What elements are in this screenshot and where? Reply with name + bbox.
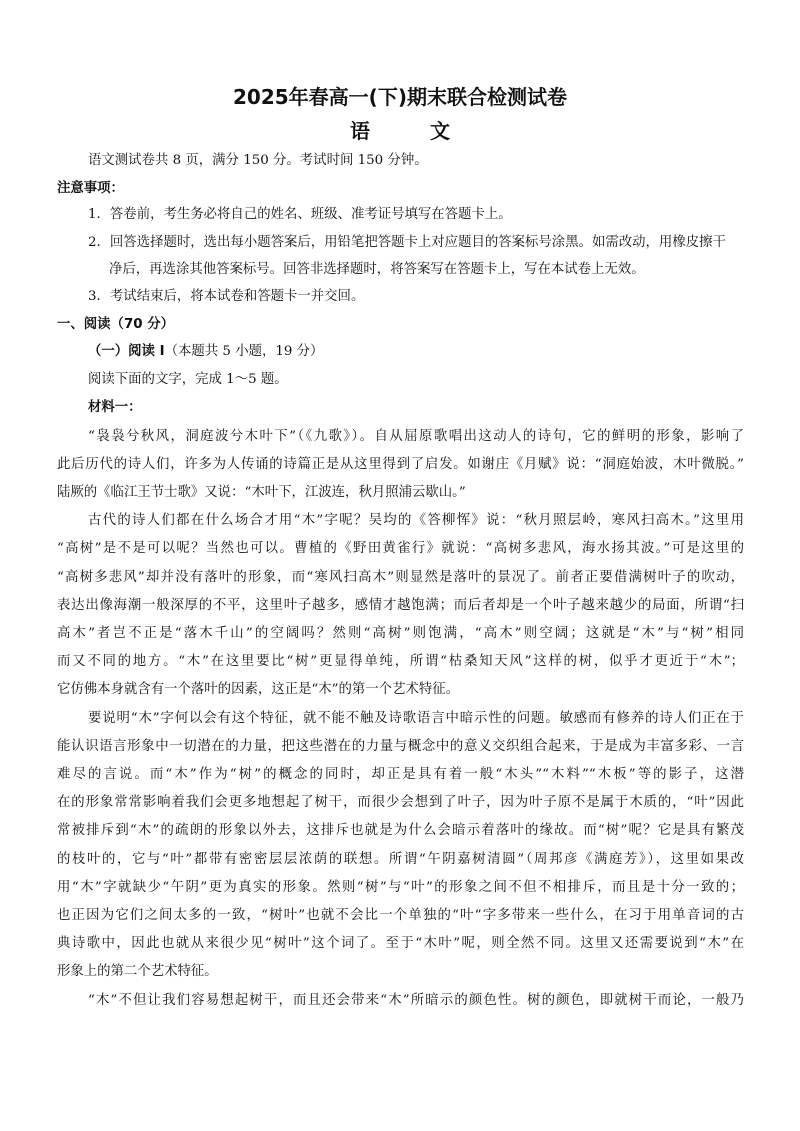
- body-line: 常被排斥到“木”的疏朗的形象以外去，这排斥也就是为什么会暗示着落叶的缘故。而“树…: [57, 822, 744, 840]
- notice-item-2: 2．回答选择题时，选出每小题答案后，用铅笔把答题卡上对应题目的答案标号涂黑。如需…: [88, 234, 726, 252]
- body-line: 用“木”字就缺少“午阴”更为真实的形象。然则“树”与“叶”的形象之间不但不相排斥…: [57, 879, 744, 897]
- body-line: 要说明“木”字何以会有这个特征，就不能不触及诗歌语言中暗示性的问题。敏感而有修养…: [88, 710, 744, 728]
- subsection-detail: （本题共 5 小题，19 分）: [165, 344, 324, 359]
- body-line: 形象上的第二个艺术特征。: [57, 963, 218, 981]
- body-line: “高树”是不是可以呢？当然也可以。曹植的《野田黄雀行》就说：“高树多悲风，海水扬…: [57, 540, 744, 558]
- body-line: “高树多悲风”却并没有落叶的形象，而“寒风扫高木”则显然是落叶的景况了。前者正要…: [57, 569, 744, 587]
- material-label: 材料一：: [88, 399, 142, 417]
- exam-intro: 语文测试卷共 8 页，满分 150 分。考试时间 150 分钟。: [88, 152, 428, 170]
- body-line: 典诗歌中，因此也就从来很少见“树叶”这个词了。至于“木叶”呢，则全然不同。这里又…: [57, 935, 744, 953]
- notice-item-1: 1．答卷前，考生务必将自己的姓名、班级、准考证号填写在答题卡上。: [88, 206, 512, 224]
- body-line: 高木”者岂不正是“落木千山”的空阔吗？然则“高树”则饱满，“高木”则空阔；这就是…: [57, 625, 744, 643]
- body-line: 难尽的言说。而“木”作为“树”的概念的同时，却正是具有着一般“木头”“木料”“木…: [57, 766, 744, 784]
- body-line: 而又不同的地方。“木”在这里要比“树”更显得单纯，所谓“枯桑知天风”这样的树，似…: [57, 653, 744, 671]
- notice-heading: 注意事项：: [57, 180, 124, 198]
- body-line: 它仿佛本身就含有一个落叶的因素，这正是“木”的第一个艺术特征。: [57, 681, 459, 699]
- body-line: 也正因为它们之间太多的一致，“树叶”也就不会比一个单独的“叶”字多带来一些什么，…: [57, 907, 744, 925]
- body-line: 能认识语言形象中一切潜在的力量，把这些潜在的力量与概念中的意义交织组合起来，于是…: [57, 738, 744, 756]
- subsection-label: （一）阅读 I: [88, 344, 165, 359]
- body-line: 表达出像海潮一般深厚的不平，这里叶子越多，感情才越饱满；而后者却是一个叶子越来越…: [57, 597, 744, 615]
- reading-instruction: 阅读下面的文字，完成 1～5 题。: [88, 371, 288, 389]
- subject-title: 语 文: [0, 118, 800, 144]
- exam-title: 2025年春高一(下)期末联合检测试卷: [0, 84, 800, 110]
- body-line: 陆厥的《临江王节士歌》又说：“木叶下，江波连，秋月照浦云歇山。”: [57, 484, 466, 502]
- subsection-heading: （一）阅读 I（本题共 5 小题，19 分）: [88, 343, 323, 361]
- body-line: 古代的诗人们都在什么场合才用“木”字呢？吴均的《答柳恽》说：“秋月照层岭，寒风扫…: [88, 512, 744, 530]
- section-heading: 一、阅读（70 分）: [57, 316, 174, 334]
- notice-item-3: 3．考试结束后，将本试卷和答题卡一并交回。: [88, 288, 364, 306]
- body-line: 在的形象常常影响着我们会更多地想起了树干，而很少会想到了叶子，因为叶子原不是属于…: [57, 794, 744, 812]
- body-line: 此后历代的诗人们，许多为人传诵的诗篇正是从这里得到了启发。如谢庄《月赋》说：“洞…: [57, 456, 744, 474]
- body-line: “木”不但让我们容易想起树干，而且还会带来“木”所暗示的颜色性。树的颜色，即就树…: [88, 992, 744, 1010]
- body-line: “袅袅兮秋风，洞庭波兮木叶下”（《九歌》）。自从屈原歌唱出这动人的诗句，它的鲜明…: [88, 428, 744, 446]
- body-line: 的枝叶的，它与“叶”都带有密密层层浓荫的联想。所谓“午阴嘉树清圆”（周邦彦《满庭…: [57, 851, 744, 869]
- notice-item-2-cont: 净后，再选涂其他答案标号。回答非选择题时，将答案写在答题卡上，写在本试卷上无效。: [109, 261, 645, 279]
